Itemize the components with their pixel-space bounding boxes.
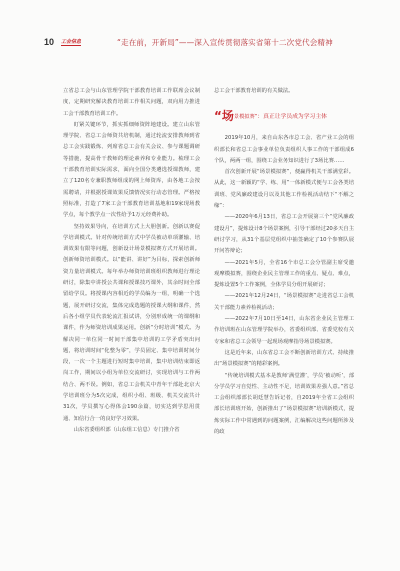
header-title: “走在前，开新局”——深入宣传贯彻落实省第十二次党代会精神 bbox=[117, 37, 333, 48]
paragraph: ——2021年5月，全省16个市总工会分管副主席受邀观摩模拟赛，围绕企业民主管理… bbox=[214, 258, 354, 292]
paragraph: 这是近年来，山东省总工会不断创新培训方式、持续推出“场景模拟赛”的精彩案例。 bbox=[214, 348, 354, 371]
paragraph: 盯紧关键环节，抓实抓细师资阵地建设。建立山东管理学院、省总工会师资共培机制，通过… bbox=[63, 120, 200, 222]
paragraph: 首次创新开展“场景模拟赛”，便赢得机关干部满堂彩。从此，这一新颖的“学、练、用”… bbox=[214, 167, 354, 212]
magazine-logo: 工会信息 bbox=[61, 39, 81, 46]
left-column: 立省总工会与山东管理学院干部教育培训工作联席会议制度，定期研究解决教育培训工作相… bbox=[63, 86, 200, 436]
section-heading-small: 景模拟赛” bbox=[234, 114, 257, 120]
paragraph: “传统培训模式基本是教师‘满堂灌’，学员‘被动听’，部分学员学习自觉性、主动性不… bbox=[214, 371, 354, 439]
section-heading: “场景模拟赛”：真正让学员成为学习主体 bbox=[214, 111, 354, 125]
page-number: 10 bbox=[44, 37, 54, 47]
paragraph: 立省总工会与山东管理学院干部教育培训工作联席会议制度，定期研究解决教育培训工作相… bbox=[63, 86, 200, 120]
section-heading-subtitle: ：真正让学员成为学习主体 bbox=[257, 114, 327, 120]
paragraph: ——2020年6月13日，省总工会开展第三个“党风廉政建设月”，提炼设计8个场景… bbox=[214, 212, 354, 257]
paragraph: ——2021年12月24日，“场景模拟赛”走进省总工会机关干部能力素养检视活动； bbox=[214, 291, 354, 314]
section-heading-big: “场 bbox=[214, 109, 234, 123]
paragraph: 2019年10月，来自山东各市总工会、省产业工会的组织部长和省总工会事业单位负责… bbox=[214, 133, 354, 167]
page-header: 10 工会信息 “走在前，开新局”——深入宣传贯彻落实省第十二次党代会精神 bbox=[0, 37, 400, 53]
paragraph: 总工会干部教育培训的有关做法。 bbox=[214, 86, 354, 97]
paragraph: ——2022年7月10日至14日，山东省企业民主管理工作培训班在山东管理学院举办… bbox=[214, 314, 354, 348]
paragraph: 山东省委组织部（山东组工信息）专门推介省 bbox=[63, 425, 200, 436]
right-column: 总工会干部教育培训的有关做法。 “场景模拟赛”：真正让学员成为学习主体 2019… bbox=[214, 86, 354, 438]
paragraph: 坚持效果导向，在培训方式上大胆创新。创新以赛促学培训模式。针对传统培训方式中学员… bbox=[63, 222, 200, 425]
